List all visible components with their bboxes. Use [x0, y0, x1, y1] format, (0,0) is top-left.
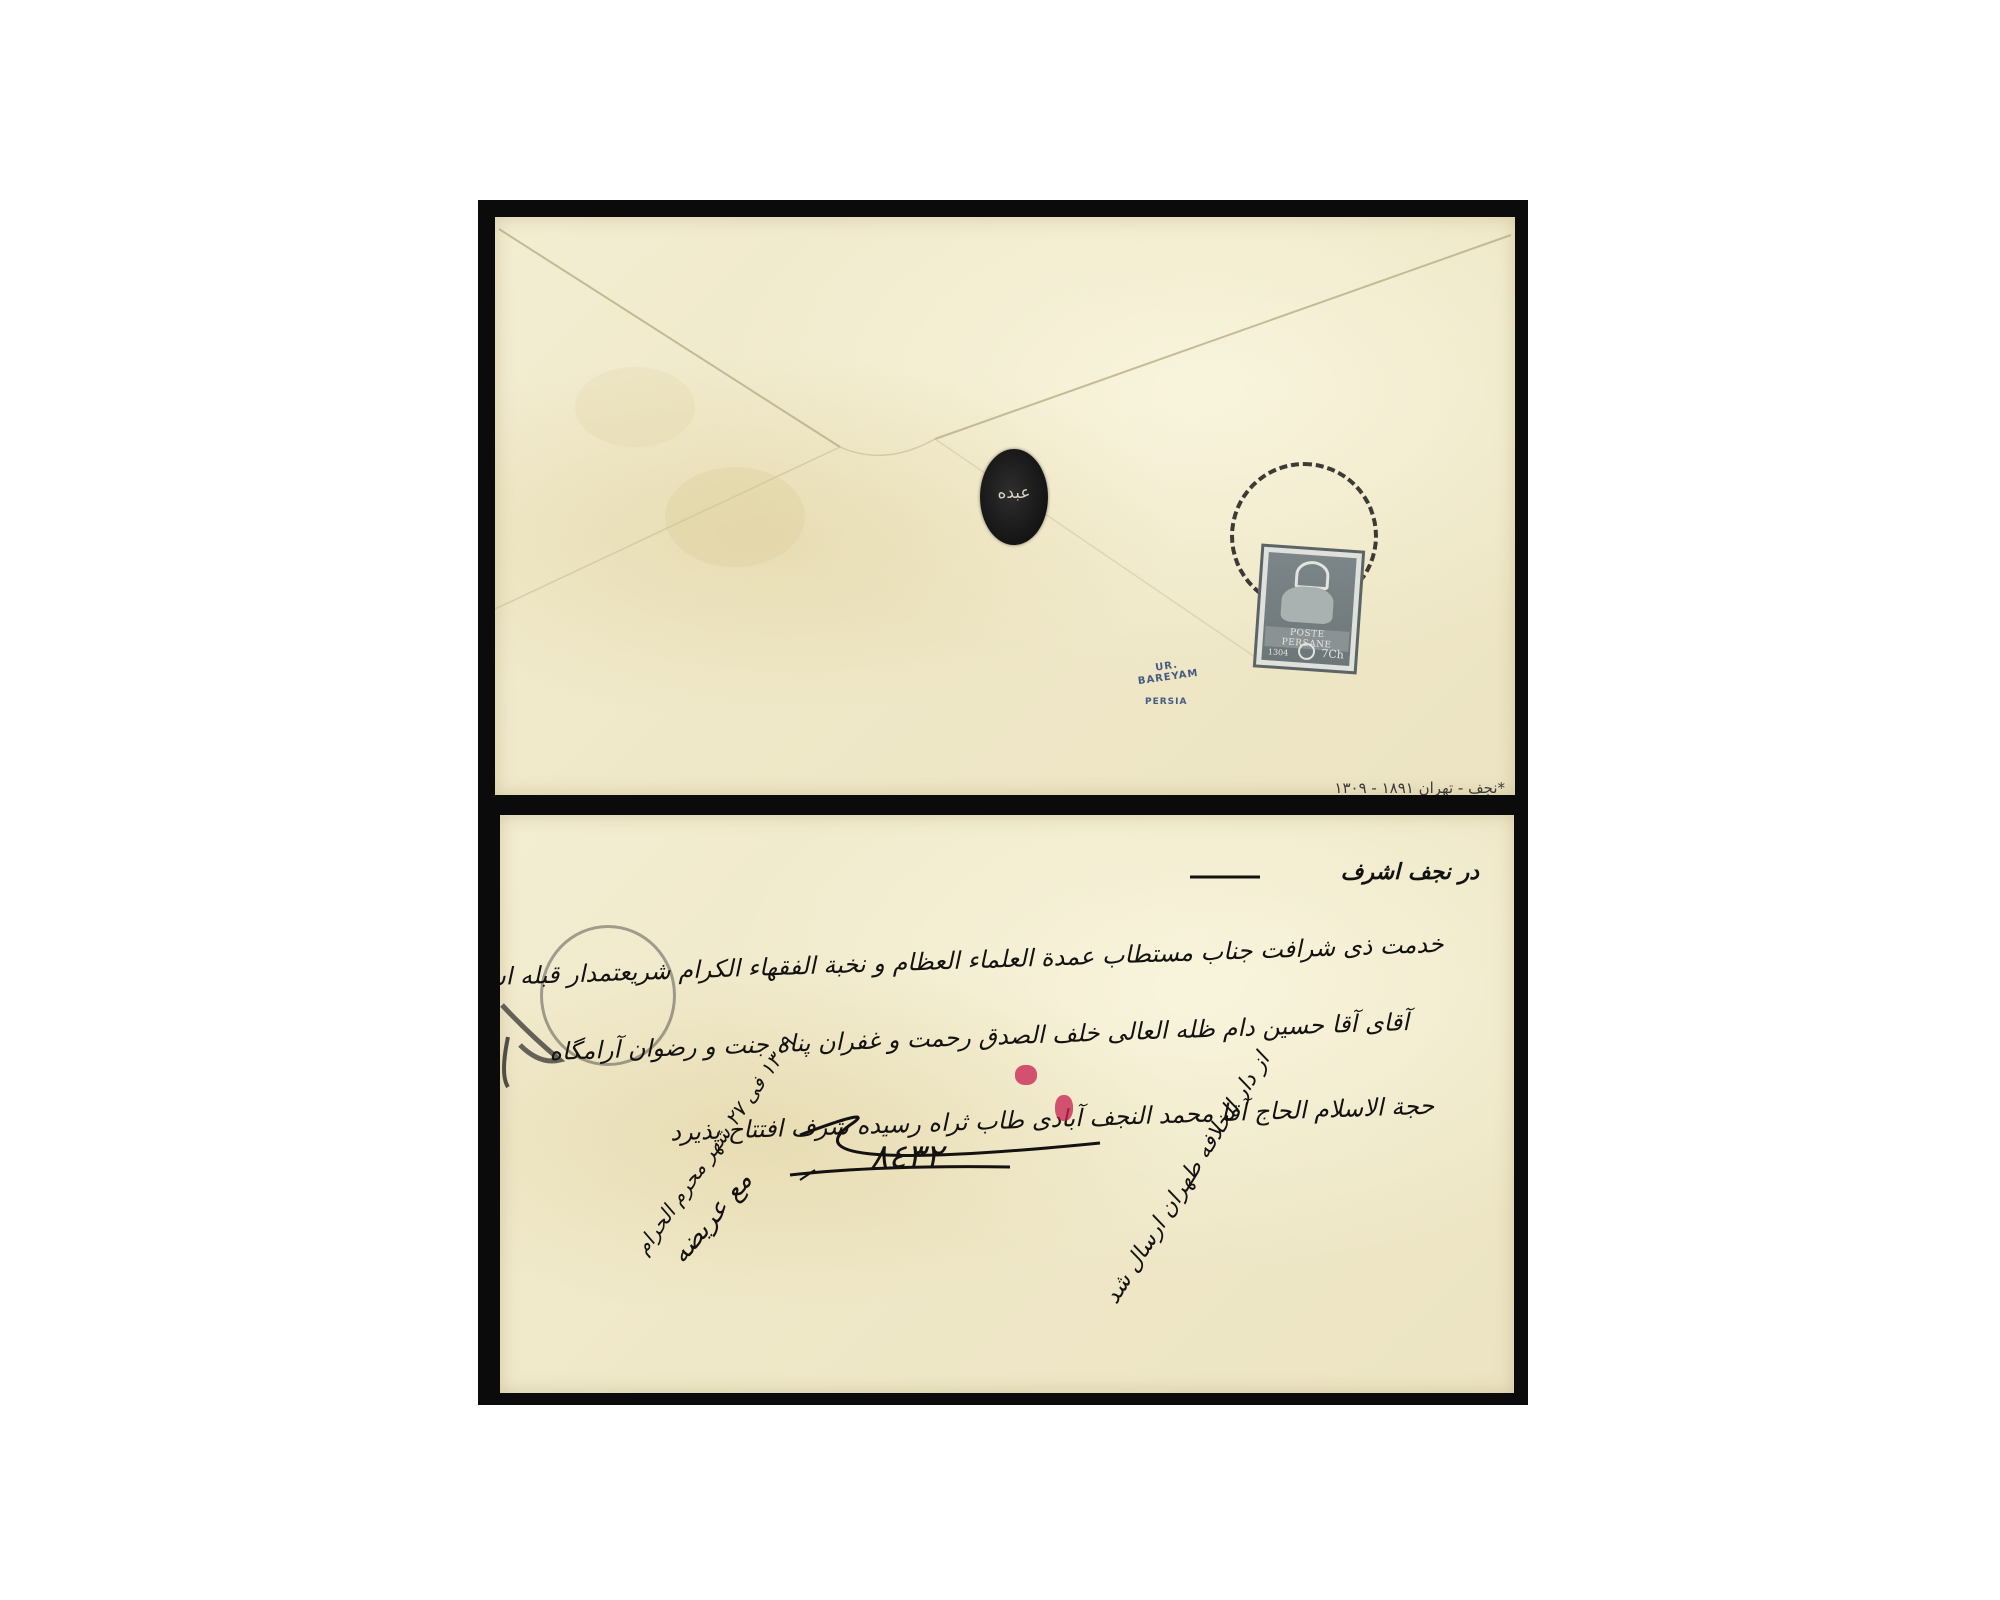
envelope-front: در نجف اشرف خدمت ذی شرافت جناب مستطاب عم… — [500, 815, 1514, 1393]
top-right-note: در نجف اشرف — [1341, 860, 1479, 885]
cover-caption: *نجف - تهران ۱۸۹۱ - ۱۳۰۹ — [1334, 779, 1505, 795]
reference-number: ٨٤٣٢ — [870, 1137, 943, 1177]
postage-stamp: POSTE PERSANE 1304 7Ch — [1253, 544, 1365, 675]
wax-seal-icon: عبده — [980, 449, 1048, 545]
lion-and-sun-icon — [1280, 585, 1334, 625]
blue-handstamp: UR. BAREYAM PERSIA — [1135, 657, 1195, 717]
red-ink-blot — [1055, 1095, 1073, 1121]
stamp-year: 1304 — [1268, 647, 1289, 657]
wax-seal-inscription: عبده — [997, 483, 1030, 503]
red-ink-blot — [1015, 1065, 1037, 1085]
photo-frame: عبده UR. BAREYAM PERSIA POSTE PERSANE 13… — [478, 200, 1528, 1405]
handstamp-arc-text: UR. BAREYAM — [1136, 657, 1199, 687]
stamp-value: 7Ch — [1321, 647, 1344, 662]
handstamp-country: PERSIA — [1145, 697, 1187, 707]
envelope-back: عبده UR. BAREYAM PERSIA POSTE PERSANE 13… — [495, 217, 1515, 795]
sun-icon — [1297, 642, 1315, 660]
